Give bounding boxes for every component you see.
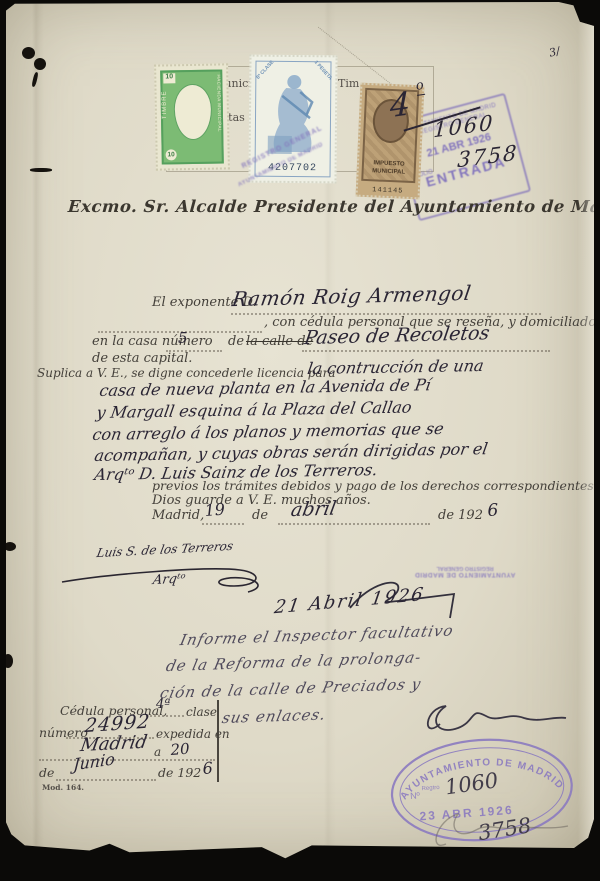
inverted-stamp-line2: REGISTRO GENERAL (394, 564, 536, 570)
cedula-de-label: de (39, 766, 54, 780)
cedula-expedida-label: expedida en (156, 728, 230, 742)
green-stamp-value-bottom: 10 (166, 149, 177, 160)
punch-hole (34, 58, 46, 70)
year-digit-handwritten: 6 (487, 501, 499, 521)
annotation-line: de la Reforma de la prolonga- (164, 649, 423, 675)
casa-numero-handwritten: 5 (178, 330, 188, 347)
de1-label: de (252, 509, 268, 524)
capital-line: de esta capital. (92, 352, 192, 367)
madrid-label: Madrid, (152, 509, 204, 524)
architect-signature-title: Arqᵗᵒ (152, 572, 186, 589)
dotted-line (39, 758, 215, 761)
pencil-flourish (418, 800, 578, 852)
green-stamp-right-label: HACIENDA MUNICIPAL (216, 74, 222, 132)
casa-label: en la casa número (92, 335, 213, 350)
blue-peseta-stamp: 8ª CLASE 1 PESETA 4207702 (248, 55, 337, 184)
cedula-day-handwritten: 20 (170, 741, 190, 760)
paper-tear (4, 542, 16, 551)
dotted-line (56, 778, 156, 781)
paper-tear (3, 654, 13, 668)
day-handwritten: 19 (204, 501, 226, 521)
green-stamp-value: 10 (163, 73, 175, 83)
exponente-name-handwritten: Ramón Roig Armengol (231, 282, 473, 311)
calle-value-handwritten: Paseo de Recoletos (303, 323, 491, 350)
scanned-document-photo: municipal setas Tim AYUNTAMIENTO DE MADR… (0, 0, 600, 881)
page-title: Excmo. Sr. Alcalde Presidente del Ayunta… (67, 198, 538, 217)
dotted-line (202, 522, 244, 525)
month-handwritten: abril (289, 498, 338, 522)
annotation-line: sus enlaces. (220, 706, 327, 727)
cedula-month-handwritten: Junio (73, 750, 116, 775)
paper-tear (30, 168, 52, 172)
de2-label: de 192 (438, 509, 483, 524)
green-stamp-left-label: TIMBRE (162, 90, 169, 119)
brown-stamp-line2: MUNICIPAL (363, 168, 413, 177)
request-handwritten-line: y Margall esquina á la Plaza del Callao (95, 399, 413, 423)
brown-stamp-serial: 141145 (358, 186, 418, 197)
oval-stamp-reg-label: Regtro (421, 785, 440, 792)
green-timbre-stamp: 10 10 TIMBRE HACIENDA MUNICIPAL (154, 63, 230, 170)
docket-quarto: 4 (390, 85, 410, 125)
printed-box-fragment: Tim (338, 78, 359, 91)
request-handwritten-line: casa de nueva planta en la Avenida de Pí (98, 376, 432, 400)
green-stamp-emblem (173, 84, 212, 141)
cedula-de-year-label: de 192 (158, 766, 201, 780)
annotation-line: Informe el Inspector facultativo (178, 622, 455, 649)
punch-hole (22, 47, 35, 59)
dotted-line (278, 522, 430, 525)
page-edge-highlight (578, 2, 594, 860)
cedula-mod-label: Mod. 164. (42, 784, 84, 793)
dotted-line (302, 349, 550, 352)
dotted-line (146, 714, 184, 717)
previos-line: previos los trámites debidos y pago de l… (152, 479, 598, 493)
cedula-clase-handwritten: 4ª (156, 698, 170, 713)
annotation-line: ción de la calle de Preciados y (158, 676, 423, 703)
dios-line: Dios guarde a V. E. muchos años. (152, 494, 371, 509)
document-paper: municipal setas Tim AYUNTAMIENTO DE MADR… (6, 2, 594, 860)
corner-note: 3/ (548, 45, 561, 60)
cedula-clase-label: clase (186, 706, 217, 720)
cedula-year-digit-handwritten: 6 (202, 759, 213, 778)
de-label: de (228, 335, 244, 350)
